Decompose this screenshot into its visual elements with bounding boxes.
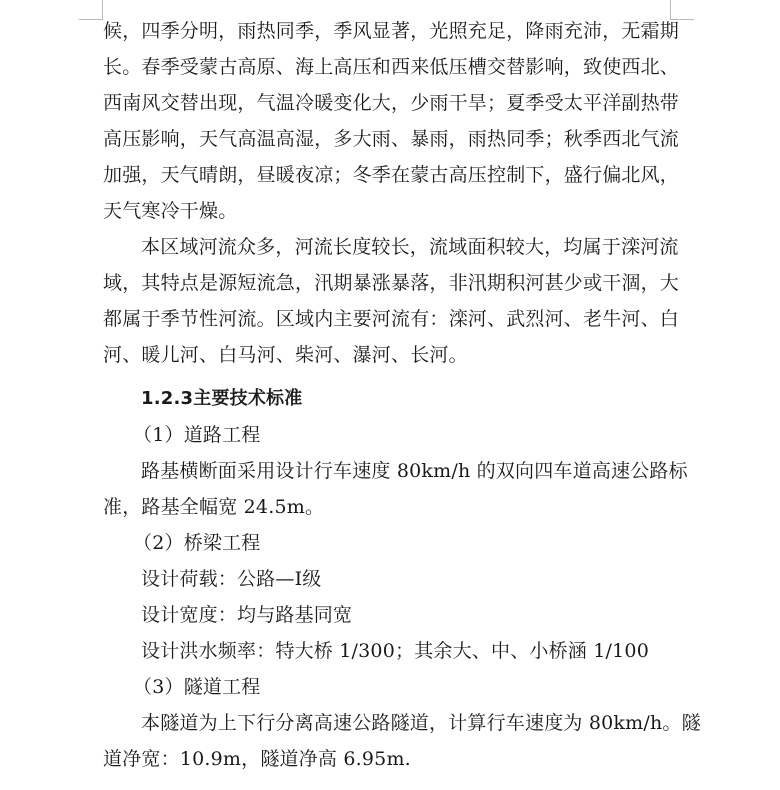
- section-heading: 1.2.3主要技术标准: [103, 373, 670, 417]
- text-line: 候，四季分明，雨热同季，季风显著，光照充足，降雨充沛，无霜期: [103, 13, 670, 49]
- text-line: 加强，天气晴朗，昼暖夜凉；冬季在蒙古高压控制下，盛行偏北风，: [103, 157, 670, 193]
- road-subheading: （1）道路工程: [103, 417, 670, 453]
- tunnel-section: （3）隧道工程 本隧道为上下行分离高速公路隧道，计算行车速度为 80km/h。隧…: [103, 669, 670, 777]
- text-line: 都属于季节性河流。区域内主要河流有：滦河、武烈河、老牛河、白: [103, 301, 670, 337]
- text-line: 天气寒冷干燥。: [103, 193, 670, 229]
- text-line: 本区域河流众多，河流长度较长，流域面积较大，均属于滦河流: [103, 229, 670, 265]
- text-line: 长。春季受蒙古高原、海上高压和西来低压槽交替影响，致使西北、: [103, 49, 670, 85]
- bridge-subheading: （2）桥梁工程: [103, 525, 670, 561]
- tunnel-subheading: （3）隧道工程: [103, 669, 670, 705]
- bridge-section: （2）桥梁工程 设计荷载：公路—Ⅰ级 设计宽度：均与路基同宽 设计洪水频率：特大…: [103, 525, 670, 669]
- text-line: 道净宽：10.9m，隧道净高 6.95m.: [103, 741, 670, 777]
- design-load-line: 设计荷载：公路—Ⅰ级: [103, 561, 670, 597]
- text-line: 本隧道为上下行分离高速公路隧道，计算行车速度为 80km/h。隧: [103, 705, 670, 741]
- road-section: （1）道路工程 路基横断面采用设计行车速度 80km/h 的双向四车道高速公路标…: [103, 417, 670, 525]
- design-width-line: 设计宽度：均与路基同宽: [103, 597, 670, 633]
- rivers-paragraph: 本区域河流众多，河流长度较长，流域面积较大，均属于滦河流 域，其特点是源短流急，…: [103, 229, 670, 373]
- text-line: 高压影响，天气高温高湿，多大雨、暴雨，雨热同季；秋季西北气流: [103, 121, 670, 157]
- flood-frequency-line: 设计洪水频率：特大桥 1/300；其余大、中、小桥涵 1/100: [103, 633, 670, 669]
- margin-corner-mark-top-left: [79, 0, 103, 20]
- text-line: 西南风交替出现，气温冷暖变化大，少雨干旱；夏季受太平洋副热带: [103, 85, 670, 121]
- climate-paragraph: 候，四季分明，雨热同季，季风显著，光照充足，降雨充沛，无霜期 长。春季受蒙古高原…: [103, 13, 670, 229]
- text-line: 河、暖儿河、白马河、柴河、瀑河、长河。: [103, 337, 670, 373]
- text-line: 准，路基全幅宽 24.5m。: [103, 489, 670, 525]
- text-line: 路基横断面采用设计行车速度 80km/h 的双向四车道高速公路标: [103, 453, 670, 489]
- text-line: 域，其特点是源短流急，汛期暴涨暴落，非汛期积河甚少或干涸，大: [103, 265, 670, 301]
- margin-corner-mark-top-right: [670, 0, 694, 20]
- document-page-body: 候，四季分明，雨热同季，季风显著，光照充足，降雨充沛，无霜期 长。春季受蒙古高原…: [103, 13, 670, 777]
